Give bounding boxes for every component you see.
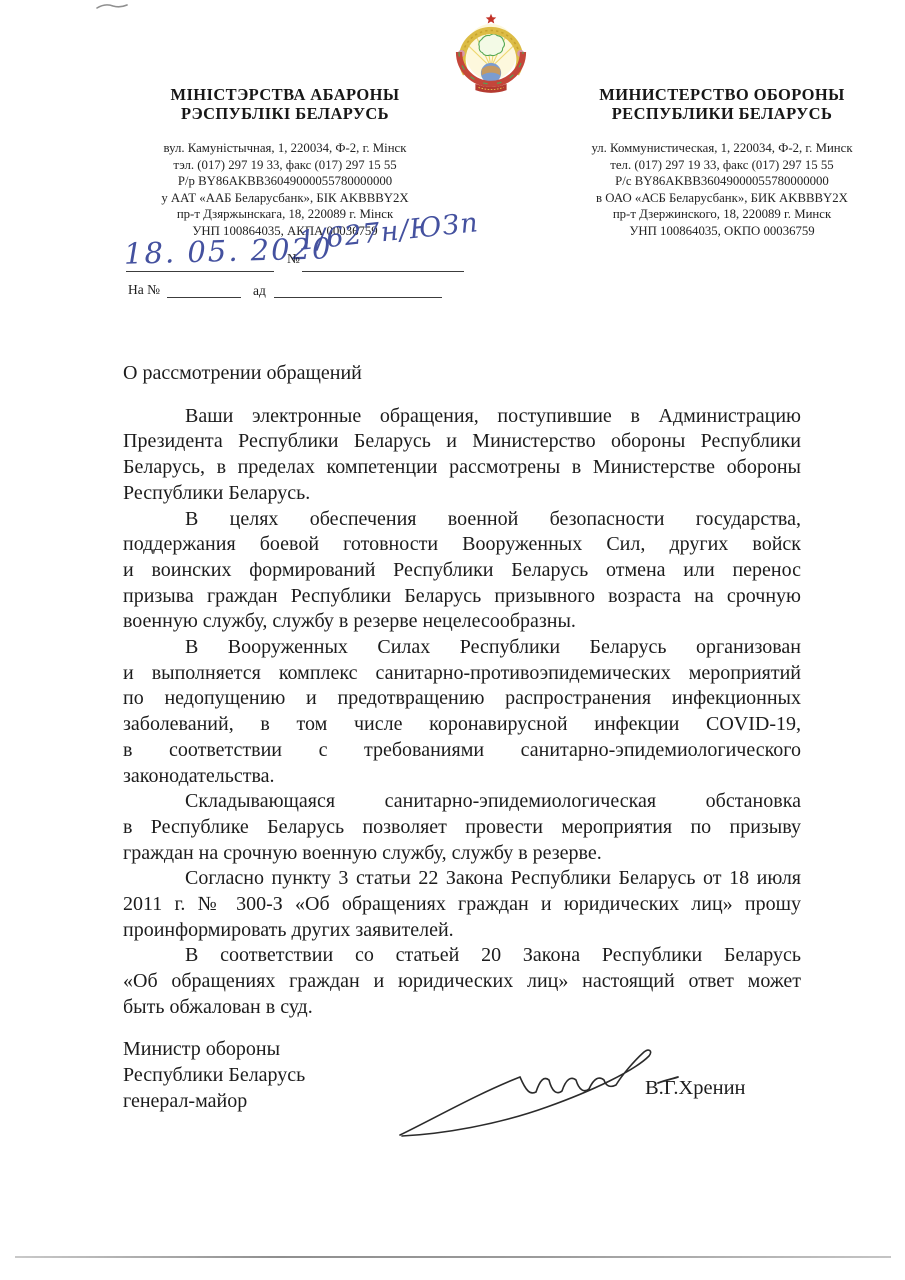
signatory-position-line1: Министр обороны	[123, 1036, 305, 1062]
body-line: проинформировать других заявителей.	[123, 918, 801, 944]
ministry-title-ru-line2: РЕСПУБЛИКИ БЕЛАРУСЬ	[543, 105, 901, 124]
signature-flourish	[382, 1038, 682, 1143]
incoming-number-label: На №	[128, 282, 160, 298]
letter-body: О рассмотрении обращений Ваши электронны…	[123, 361, 801, 1021]
address-line: в ОАО «АСБ Беларусбанк», БИК AKBBBY2X	[543, 190, 901, 207]
body-line: быть обжалован в суд.	[123, 995, 801, 1021]
body-line: В соответствии со статьей 20 Закона Респ…	[123, 943, 801, 969]
body-line: В Вооруженных Силах Республики Беларусь …	[123, 635, 801, 661]
address-line: Р/с BY86AKBB36049000055780000000	[543, 173, 901, 190]
body-line: и воинских формирований Республики Белар…	[123, 558, 801, 584]
body-line: военную службу, службу в резерве нецелес…	[123, 609, 801, 635]
subject-line: О рассмотрении обращений	[123, 361, 801, 387]
ministry-address-ru: ул. Коммунистическая, 1, 220034, Ф-2, г.…	[543, 140, 901, 240]
body-line: Согласно пункту 3 статьи 22 Закона Респу…	[123, 866, 801, 892]
body-line: законодательства.	[123, 764, 801, 790]
address-line: у ААТ «ААБ Беларусбанк», БІК AKBBBY2X	[118, 190, 452, 207]
body-line: Президента Республики Беларусь и Министе…	[123, 429, 801, 455]
address-line: Р/р BY86AKBB36049000055780000000	[118, 173, 452, 190]
body-paragraph: В соответствии со статьей 20 Закона Респ…	[123, 943, 801, 1020]
address-line: ул. Коммунистическая, 1, 220034, Ф-2, г.…	[543, 140, 901, 157]
body-line: Республики Беларусь.	[123, 481, 801, 507]
scan-mark	[95, 1, 129, 13]
body-line: по недопущению и предотвращению распрост…	[123, 686, 801, 712]
signatory-name: В.Г.Хренин	[645, 1077, 746, 1100]
body-paragraph: В целях обеспечения военной безопасности…	[123, 507, 801, 636]
outgoing-number-underline	[302, 271, 464, 272]
ministry-title-ru-line1: МИНИСТЕРСТВО ОБОРОНЫ	[543, 86, 901, 105]
signatory-position-line3: генерал-майор	[123, 1088, 305, 1114]
letterhead-russian: МИНИСТЕРСТВО ОБОРОНЫ РЕСПУБЛИКИ БЕЛАРУСЬ…	[543, 86, 901, 240]
address-line: тел. (017) 297 19 33, факс (017) 297 15 …	[543, 157, 901, 174]
incoming-number-underline	[167, 297, 241, 298]
body-line: Складывающаяся санитарно-эпидемиологичес…	[123, 789, 801, 815]
body-paragraphs: Ваши электронные обращения, поступившие …	[123, 404, 801, 1021]
body-line: поддержания боевой готовности Вооруженны…	[123, 532, 801, 558]
address-line: тэл. (017) 297 19 33, факс (017) 297 15 …	[118, 157, 452, 174]
body-paragraph: Ваши электронные обращения, поступившие …	[123, 404, 801, 507]
body-paragraph: Согласно пункту 3 статьи 22 Закона Респу…	[123, 866, 801, 943]
ministry-title-by-line2: РЭСПУБЛІКІ БЕЛАРУСЬ	[118, 105, 452, 124]
address-line: вул. Камуністычная, 1, 220034, Ф-2, г. М…	[118, 140, 452, 157]
scan-line	[15, 1256, 891, 1258]
incoming-date-label: ад	[253, 283, 266, 299]
address-line: пр-т Дзержинского, 18, 220089 г. Минск	[543, 206, 901, 223]
body-line: Беларусь, в пределах компетенции рассмот…	[123, 455, 801, 481]
body-line: 2011 г. № 300-З «Об обращениях граждан и…	[123, 892, 801, 918]
number-label: №	[287, 251, 300, 267]
body-line: заболеваний, в том числе коронавирусной …	[123, 712, 801, 738]
ministry-title-by-line1: МІНІСТЭРСТВА АБАРОНЫ	[118, 86, 452, 105]
ministry-title-by: МІНІСТЭРСТВА АБАРОНЫ РЭСПУБЛІКІ БЕЛАРУСЬ	[118, 86, 452, 123]
body-paragraph: Складывающаяся санитарно-эпидемиологичес…	[123, 789, 801, 866]
body-line: и выполняется комплекс санитарно-противо…	[123, 661, 801, 687]
address-line: УНП 100864035, ОКПО 00036759	[543, 223, 901, 240]
coat-of-arms-belarus	[452, 12, 530, 95]
body-line: граждан на срочную военную службу, служб…	[123, 841, 801, 867]
body-line: в Республике Беларусь позволяет провести…	[123, 815, 801, 841]
body-line: «Об обращениях граждан и юридических лиц…	[123, 969, 801, 995]
date-underline	[126, 271, 274, 272]
body-line: В целях обеспечения военной безопасности…	[123, 507, 801, 533]
body-paragraph: В Вооруженных Силах Республики Беларусь …	[123, 635, 801, 789]
body-line: Ваши электронные обращения, поступившие …	[123, 404, 801, 430]
body-line: призыва граждан Республики Беларусь приз…	[123, 584, 801, 610]
signatory-position-line2: Республики Беларусь	[123, 1062, 305, 1088]
emblem-red-star	[486, 14, 496, 24]
letter-page: МІНІСТЭРСТВА АБАРОНЫ РЭСПУБЛІКІ БЕЛАРУСЬ…	[0, 0, 905, 1280]
incoming-date-underline	[274, 297, 442, 298]
signatory-position: Министр обороны Республики Беларусь гене…	[123, 1036, 305, 1114]
ministry-title-ru: МИНИСТЕРСТВО ОБОРОНЫ РЕСПУБЛИКИ БЕЛАРУСЬ	[543, 86, 901, 123]
body-line: в соответствии с требованиями санитарно-…	[123, 738, 801, 764]
